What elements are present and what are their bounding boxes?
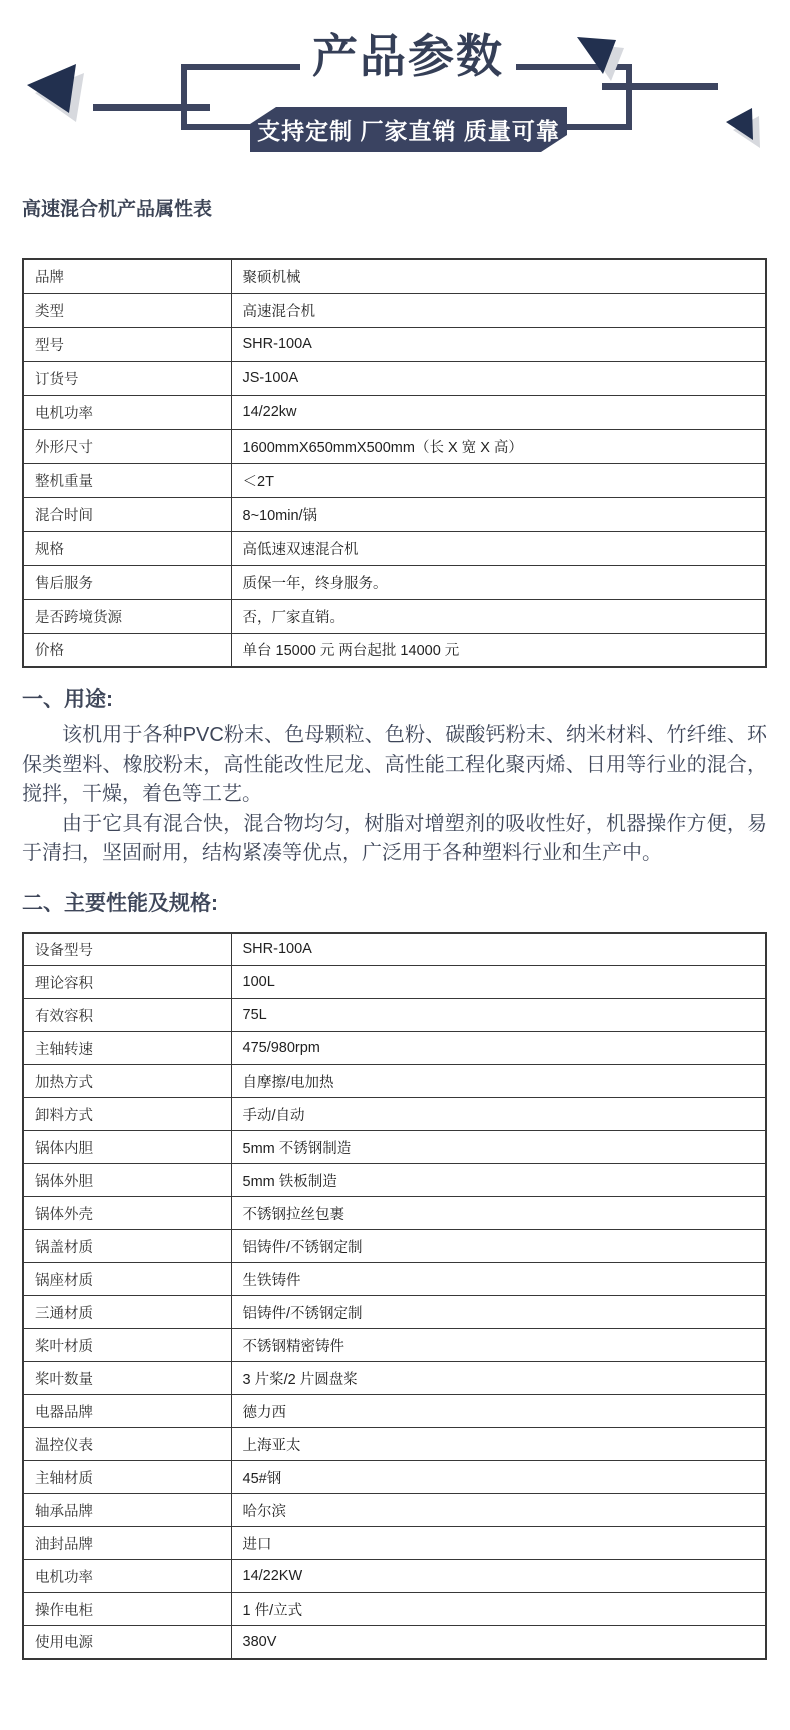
spec-label: 电机功率 xyxy=(23,1560,231,1593)
table-row: 桨叶材质不锈钢精密铸件 xyxy=(23,1329,766,1362)
spec-value: 单台 15000 元 两台起批 14000 元 xyxy=(231,633,766,667)
spec-label: 主轴转速 xyxy=(23,1032,231,1065)
page-title: 产品参数 xyxy=(300,28,516,84)
table-row: 使用电源380V xyxy=(23,1626,766,1659)
table-row: 桨叶数量3 片桨/2 片圆盘桨 xyxy=(23,1362,766,1395)
slogan-banner: 支持定制 厂家直销 质量可靠 xyxy=(250,107,567,152)
spec-value: 475/980rpm xyxy=(231,1032,766,1065)
table-row: 操作电柜1 件/立式 xyxy=(23,1593,766,1626)
table-row: 整机重量＜2T xyxy=(23,463,766,497)
spec-value: 铝铸件/不锈钢定制 xyxy=(231,1230,766,1263)
spec-label: 订货号 xyxy=(23,361,231,395)
spec-value: 哈尔滨 xyxy=(231,1494,766,1527)
spec-label: 是否跨境货源 xyxy=(23,599,231,633)
spec-value: 1 件/立式 xyxy=(231,1593,766,1626)
spec-value: 铝铸件/不锈钢定制 xyxy=(231,1296,766,1329)
table-row: 价格单台 15000 元 两台起批 14000 元 xyxy=(23,633,766,667)
spec-value: 不锈钢精密铸件 xyxy=(231,1329,766,1362)
usage-section-heading: 一、用途: xyxy=(22,687,767,713)
spec-label: 加热方式 xyxy=(23,1065,231,1098)
spec-label: 使用电源 xyxy=(23,1626,231,1659)
spec-label: 型号 xyxy=(23,327,231,361)
spec-label: 售后服务 xyxy=(23,565,231,599)
spec-label: 电机功率 xyxy=(23,395,231,429)
table-row: 主轴转速475/980rpm xyxy=(23,1032,766,1065)
spec-label: 外形尺寸 xyxy=(23,429,231,463)
spec-value: 质保一年，终身服务。 xyxy=(231,565,766,599)
spec-value: 5mm 铁板制造 xyxy=(231,1164,766,1197)
table-row: 规格高低速双速混合机 xyxy=(23,531,766,565)
spec-label: 理论容积 xyxy=(23,966,231,999)
page-content: 高速混合机产品属性表 品牌聚硕机械类型高速混合机型号SHR-100A订货号JS-… xyxy=(0,198,790,1690)
table-row: 锅盖材质铝铸件/不锈钢定制 xyxy=(23,1230,766,1263)
table-row: 型号SHR-100A xyxy=(23,327,766,361)
spec-value: SHR-100A xyxy=(231,933,766,966)
table-row: 锅体内胆5mm 不锈钢制造 xyxy=(23,1131,766,1164)
spec-label: 规格 xyxy=(23,531,231,565)
spec-label: 轴承品牌 xyxy=(23,1494,231,1527)
spec-value: 上海亚太 xyxy=(231,1428,766,1461)
spec-value: 高低速双速混合机 xyxy=(231,531,766,565)
spec-value: 1600mmX650mmX500mm（长 X 宽 X 高） xyxy=(231,429,766,463)
spec-value: 自摩擦/电加热 xyxy=(231,1065,766,1098)
table-row: 锅座材质生铁铸件 xyxy=(23,1263,766,1296)
table-row: 订货号JS-100A xyxy=(23,361,766,395)
table-row: 类型高速混合机 xyxy=(23,293,766,327)
spec-label: 价格 xyxy=(23,633,231,667)
spec-label: 锅盖材质 xyxy=(23,1230,231,1263)
table-row: 温控仪表上海亚太 xyxy=(23,1428,766,1461)
spec-value: 14/22KW xyxy=(231,1560,766,1593)
down-left-triangle-icon xyxy=(568,28,632,90)
spec-value: 5mm 不锈钢制造 xyxy=(231,1131,766,1164)
table-row: 品牌聚硕机械 xyxy=(23,259,766,293)
spec-value: 不锈钢拉丝包裹 xyxy=(231,1197,766,1230)
spec-value: 14/22kw xyxy=(231,395,766,429)
spec-value: 聚硕机械 xyxy=(231,259,766,293)
spec-label: 油封品牌 xyxy=(23,1527,231,1560)
left-arrow-triangle-icon xyxy=(18,54,96,128)
left-accent-line xyxy=(93,104,210,111)
spec-value: 生铁铸件 xyxy=(231,1263,766,1296)
performance-section-heading: 二、主要性能及规格: xyxy=(22,891,767,917)
table-row: 轴承品牌哈尔滨 xyxy=(23,1494,766,1527)
spec-label: 卸料方式 xyxy=(23,1098,231,1131)
spec-value: 100L xyxy=(231,966,766,999)
spec-value: 380V xyxy=(231,1626,766,1659)
table-row: 电机功率14/22kw xyxy=(23,395,766,429)
attribute-table-heading: 高速混合机产品属性表 xyxy=(22,198,767,222)
spec-label: 三通材质 xyxy=(23,1296,231,1329)
spec-label: 整机重量 xyxy=(23,463,231,497)
spec-label: 锅座材质 xyxy=(23,1263,231,1296)
spec-label: 锅体外壳 xyxy=(23,1197,231,1230)
spec-label: 有效容积 xyxy=(23,999,231,1032)
table-row: 混合时间8~10min/锅 xyxy=(23,497,766,531)
spec-label: 操作电柜 xyxy=(23,1593,231,1626)
spec-label: 设备型号 xyxy=(23,933,231,966)
table-row: 是否跨境货源否，厂家直销。 xyxy=(23,599,766,633)
table-row: 油封品牌进口 xyxy=(23,1527,766,1560)
table-row: 外形尺寸1600mmX650mmX500mm（长 X 宽 X 高） xyxy=(23,429,766,463)
product-attribute-table: 品牌聚硕机械类型高速混合机型号SHR-100A订货号JS-100A电机功率14/… xyxy=(22,258,767,668)
spec-label: 桨叶数量 xyxy=(23,1362,231,1395)
table-row: 三通材质铝铸件/不锈钢定制 xyxy=(23,1296,766,1329)
spec-value: 否，厂家直销。 xyxy=(231,599,766,633)
spec-value: 进口 xyxy=(231,1527,766,1560)
spec-label: 电器品牌 xyxy=(23,1395,231,1428)
spec-label: 混合时间 xyxy=(23,497,231,531)
spec-value: ＜2T xyxy=(231,463,766,497)
spec-label: 类型 xyxy=(23,293,231,327)
spec-value: JS-100A xyxy=(231,361,766,395)
table-row: 售后服务质保一年，终身服务。 xyxy=(23,565,766,599)
table-row: 设备型号SHR-100A xyxy=(23,933,766,966)
table-row: 锅体外壳不锈钢拉丝包裹 xyxy=(23,1197,766,1230)
spec-value: 45#钢 xyxy=(231,1461,766,1494)
spec-value: 75L xyxy=(231,999,766,1032)
spec-value: SHR-100A xyxy=(231,327,766,361)
table-row: 加热方式自摩擦/电加热 xyxy=(23,1065,766,1098)
spec-value: 高速混合机 xyxy=(231,293,766,327)
table-row: 有效容积75L xyxy=(23,999,766,1032)
header-banner: 产品参数 支持定制 厂家直销 质量可靠 xyxy=(0,0,790,168)
usage-paragraph-1: 该机用于各种PVC粉末、色母颗粒、色粉、碳酸钙粉末、纳米材料、竹纤维、环保类塑料… xyxy=(22,721,767,810)
spec-value: 手动/自动 xyxy=(231,1098,766,1131)
spec-label: 温控仪表 xyxy=(23,1428,231,1461)
performance-spec-table: 设备型号SHR-100A理论容积100L有效容积75L主轴转速475/980rp… xyxy=(22,932,767,1660)
table-row: 锅体外胆5mm 铁板制造 xyxy=(23,1164,766,1197)
spec-value: 8~10min/锅 xyxy=(231,497,766,531)
small-left-triangle-icon xyxy=(716,100,770,156)
spec-label: 主轴材质 xyxy=(23,1461,231,1494)
table-row: 主轴材质45#钢 xyxy=(23,1461,766,1494)
spec-label: 锅体内胆 xyxy=(23,1131,231,1164)
table-row: 电器品牌德力西 xyxy=(23,1395,766,1428)
spec-value: 德力西 xyxy=(231,1395,766,1428)
spec-value: 3 片桨/2 片圆盘桨 xyxy=(231,1362,766,1395)
table-row: 卸料方式手动/自动 xyxy=(23,1098,766,1131)
table-row: 电机功率14/22KW xyxy=(23,1560,766,1593)
spec-label: 桨叶材质 xyxy=(23,1329,231,1362)
spec-label: 锅体外胆 xyxy=(23,1164,231,1197)
usage-paragraph-2: 由于它具有混合快，混合物均匀，树脂对增塑剂的吸收性好，机器操作方便，易于清扫，坚… xyxy=(22,810,767,869)
spec-label: 品牌 xyxy=(23,259,231,293)
table-row: 理论容积100L xyxy=(23,966,766,999)
